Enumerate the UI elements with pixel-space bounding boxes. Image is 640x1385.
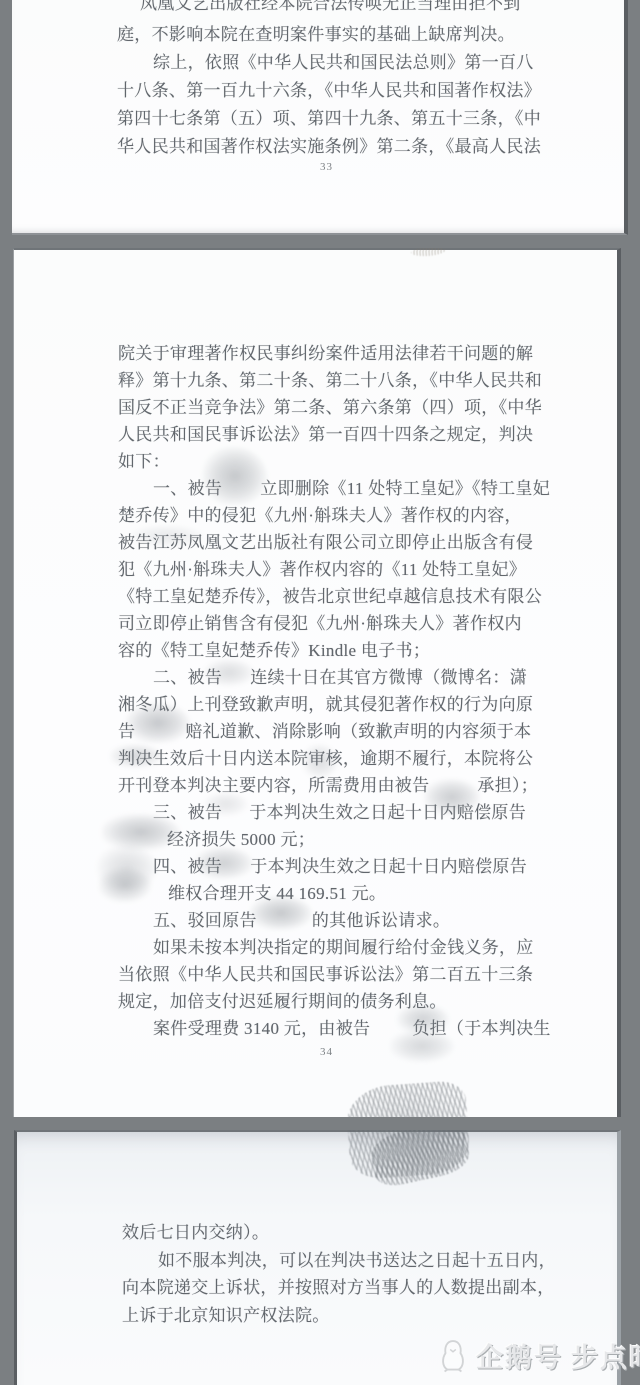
- watermark-author: 步点时光: [571, 1336, 640, 1375]
- pencil-smudge: [250, 896, 312, 930]
- pencil-smudge: [203, 447, 267, 505]
- pencil-artifact-layer: [0, 0, 640, 1385]
- pencil-smudge: [302, 744, 338, 778]
- pencil-smudge: [126, 703, 190, 743]
- pencil-smudge: [424, 779, 480, 815]
- pencil-smudge: [195, 847, 253, 879]
- pencil-smudge: [204, 792, 248, 816]
- page-gap: [0, 1117, 640, 1130]
- pencil-smudge: [110, 744, 162, 768]
- page-gap: [0, 235, 640, 248]
- pencil-smudge: [390, 1030, 454, 1062]
- pencil-smudge: [204, 659, 254, 686]
- pencil-smudge: [102, 814, 180, 850]
- pencil-smudge: [99, 868, 151, 902]
- watermark-platform: 企鹅号: [476, 1336, 563, 1375]
- watermark: 企鹅号 步点时光: [438, 1336, 640, 1375]
- penguin-icon: [438, 1339, 468, 1373]
- scanned-court-judgment: 凤凰文艺出版社经本院合法传唤无正当理由拒不到庭，不影响本院在查明案件事实的基础上…: [0, 0, 640, 1385]
- pencil-smudge: [130, 525, 204, 547]
